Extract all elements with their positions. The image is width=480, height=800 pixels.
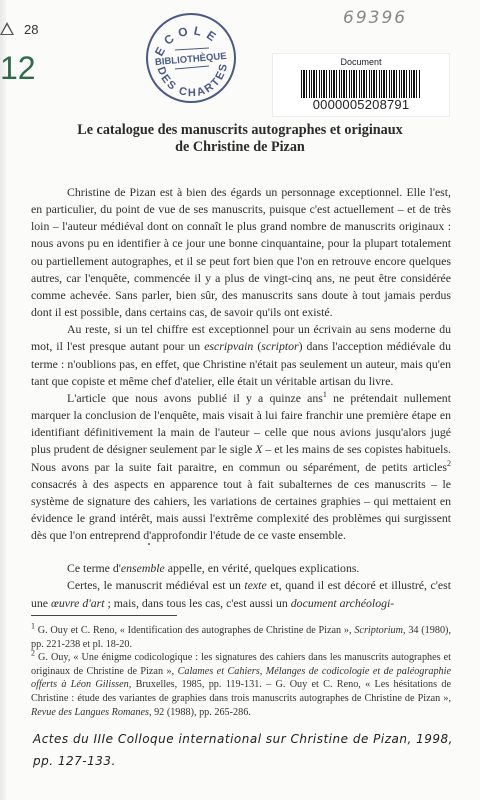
text: L'article que nous avons publié il y a q…: [67, 391, 323, 405]
title-line-1: Le catalogue des manuscrits autographes …: [40, 122, 440, 139]
handwritten-line-2: pp. 127-133.: [33, 750, 463, 772]
text: Ce terme d': [67, 561, 121, 575]
text: Certes, le manuscrit médiéval est un: [67, 578, 244, 592]
text: consacrés à des aspects en apparence tou…: [31, 477, 451, 542]
corner-marker-number: 28: [24, 22, 38, 37]
article-body: Christine de Pizan est à bien des égards…: [31, 184, 451, 612]
triangle-marker-icon: [0, 22, 14, 35]
barcode-number: 0000005208791: [273, 97, 449, 112]
shelf-number: 12: [0, 52, 36, 84]
barcode-icon: [301, 70, 421, 98]
footnotes: 1 G. Ouy et C. Reno, « Identification de…: [31, 624, 451, 719]
footnote-1: 1 G. Ouy et C. Reno, « Identification de…: [31, 624, 451, 651]
paragraph-3: L'article que nous avons publié il y a q…: [31, 390, 451, 544]
article-title: Le catalogue des manuscrits autographes …: [40, 122, 440, 156]
italic-term: document archéologi-: [291, 596, 394, 610]
journal-title: Revue des Langues Romanes: [31, 707, 149, 718]
paragraph-2: Au reste, si un tel chiffre est exceptio…: [31, 321, 451, 390]
paragraph-5: Certes, le manuscrit médiéval est un tex…: [31, 577, 451, 611]
italic-term: texte: [244, 578, 266, 592]
footnote-2: 2 G. Ouy, « Une énigme codicologique : l…: [31, 651, 451, 719]
footnote-divider: [31, 615, 177, 616]
italic-term: œuvre d'art: [51, 596, 105, 610]
footnote-ref-2[interactable]: 2: [447, 459, 451, 468]
barcode-title: Document: [273, 57, 449, 67]
journal-title: Scriptorium: [354, 625, 403, 636]
text: , 92 (1988), pp. 265-286.: [149, 707, 251, 718]
speck: [148, 543, 150, 545]
handwritten-citation: Actes du IIIe Colloque international sur…: [33, 728, 463, 772]
scan-edge: [0, 0, 6, 800]
library-stamp: ECOLE BIBLIOTHÈQUE DES CHARTES: [145, 12, 237, 104]
handwritten-line-1: Actes du IIIe Colloque international sur…: [33, 728, 463, 750]
text: appelle, en vérité, quelques explication…: [165, 561, 360, 575]
paragraph-4: Ce terme d'ensemble appelle, en vérité, …: [31, 560, 451, 577]
italic-term: escripvain: [204, 339, 253, 353]
paragraph-1: Christine de Pizan est à bien des égards…: [31, 184, 451, 321]
text: G. Ouy et C. Reno, « Identification des …: [35, 625, 354, 636]
text: ; mais, dans tous les cas, c'est aussi u…: [105, 596, 291, 610]
pencil-inventory-number: 69396: [343, 8, 407, 28]
stamp-icon: ECOLE BIBLIOTHÈQUE DES CHARTES: [145, 12, 237, 104]
italic-term: scriptor: [261, 339, 298, 353]
title-line-2: de Christine de Pizan: [40, 139, 440, 156]
italic-term: ensemble: [121, 561, 165, 575]
barcode-label: Document 0000005208791: [272, 53, 450, 117]
